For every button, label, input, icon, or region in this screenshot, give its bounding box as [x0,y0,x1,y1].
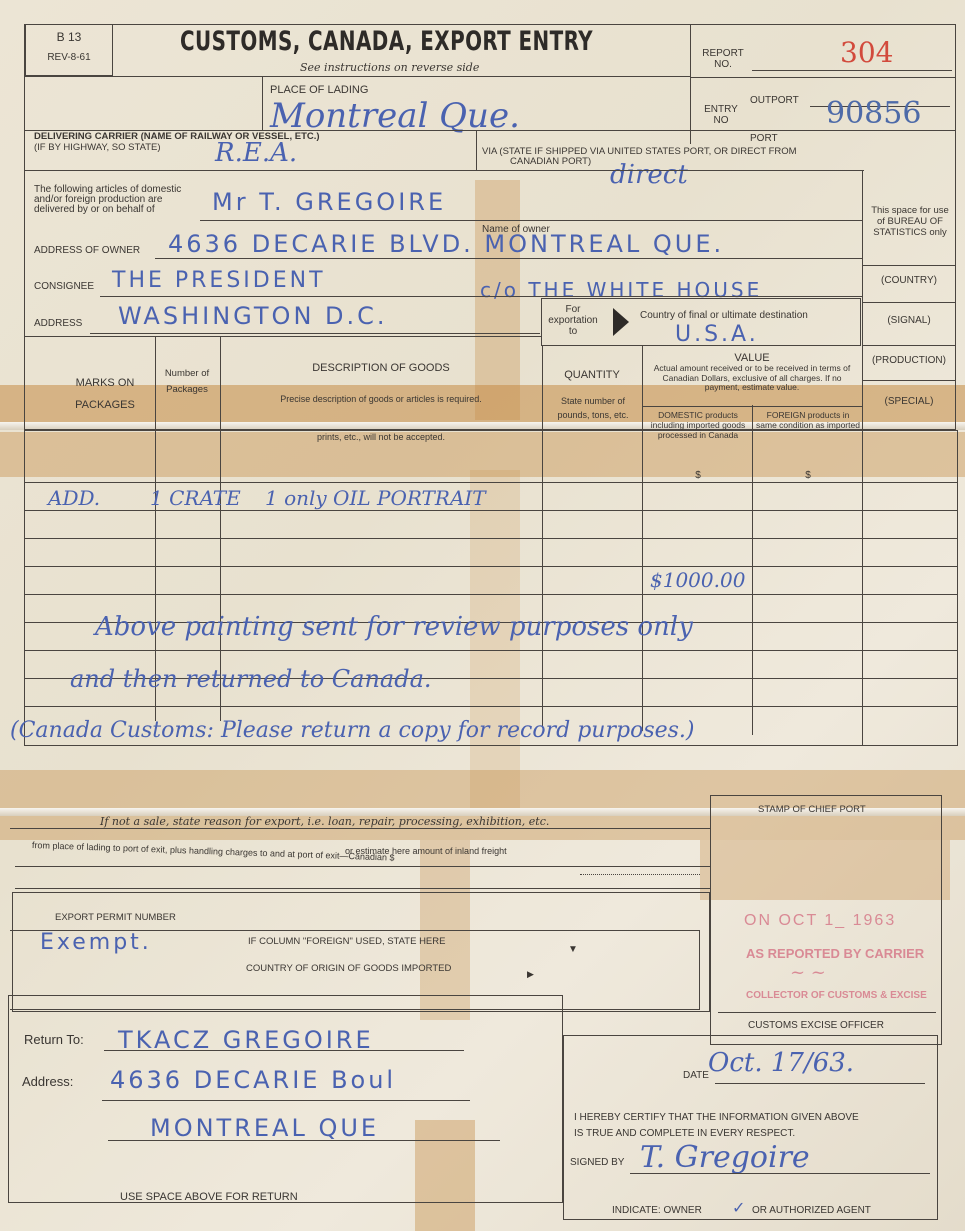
stamp-line-2: COLLECTOR OF CUSTOMS & EXCISE [746,990,927,1001]
description-header: DESCRIPTION OF GOODS [222,363,540,374]
return-to-label: Return To: [24,1034,84,1045]
foreign-header: FOREIGN products in same condition as im… [756,410,860,430]
quantity-header: QUANTITY [544,370,640,381]
row-marks: ADD. [48,486,100,510]
statistics-signal: (SIGNAL) [862,315,956,326]
consignee-label: CONSIGNEE [34,281,94,292]
return-footer: USE SPACE ABOVE FOR RETURN [120,1192,298,1203]
divider [862,170,863,430]
certify-statement-1: I HEREBY CERTIFY THAT THE INFORMATION GI… [574,1112,859,1123]
customs-officer-label: CUSTOMS EXCISE OFFICER [748,1020,884,1031]
divider [862,345,956,346]
remark-line-1: Above painting sent for review purposes … [95,612,693,642]
number-header: Number of Packages [157,366,217,398]
divider [104,1050,464,1051]
carrier-value: R.E.A. [215,138,297,168]
divider [262,76,263,130]
divider [24,76,690,77]
row-description: 1 only OIL PORTRAIT [265,486,486,510]
divider [15,888,710,889]
divider [200,220,862,221]
table-row-line [24,594,958,595]
statistics-production: (PRODUCTION) [862,355,956,366]
report-number: 304 [840,36,893,69]
stamp-signature: ~ ~ [790,962,826,983]
divider [752,70,952,71]
certify-statement-2: IS TRUE AND COMPLETE IN EVERY RESPECT. [574,1128,795,1139]
port-label: PORT [750,133,778,144]
entry-no-label: ENTRY NO [698,104,744,126]
divider [100,296,862,297]
owner-checkbox[interactable]: ✓ [732,1198,745,1217]
arrow-right-small-icon: ▶ [527,969,534,980]
signed-by-label: SIGNED BY [570,1157,624,1168]
owner-name: Mr T. GREGOIRE [212,188,446,216]
divider [862,430,863,746]
outport-label: OUTPORT [750,95,799,106]
row-domestic-value: $1000.00 [650,568,745,592]
divider [102,1100,470,1101]
divider [690,24,691,144]
place-of-lading-label: PLACE OF LADING [270,85,368,96]
return-address-label: Address: [22,1076,73,1087]
authorized-agent-label: OR AUTHORIZED AGENT [752,1205,871,1216]
date-value: Oct. 17/63. [708,1048,854,1078]
divider [24,336,542,337]
arrow-right-icon [613,308,629,336]
divider [108,1140,500,1141]
divider [862,380,956,381]
divider [630,1173,930,1174]
table-row-line [24,566,958,567]
consignee-value: THE PRESIDENT [112,268,326,293]
statistics-header: This space for use of BUREAU OF STATISTI… [866,205,954,238]
date-label: DATE [683,1070,709,1081]
divider [476,130,477,170]
divider [862,265,956,266]
via-value: direct [610,160,688,190]
remark-line-3: (Canada Customs: Please return a copy fo… [10,718,695,743]
via-label-2: CANADIAN PORT) [510,156,591,167]
stamp-line-1: AS REPORTED BY CARRIER [746,946,924,961]
divider [10,828,710,829]
entry-number: 90856 [826,96,921,131]
value-note: Actual amount received or to be received… [650,364,854,393]
description-note: Precise description of goods or articles… [222,394,540,405]
owner-address-label: ADDRESS OF OWNER [34,245,140,256]
table-row-line [24,650,958,651]
export-permit-label: EXPORT PERMIT NUMBER [55,912,176,923]
stamp-date: ON OCT 1_ 1963 [744,912,896,930]
divider [718,1012,936,1013]
goods-table [24,430,958,746]
divider [862,302,956,303]
quantity-note: State number of pounds, tons, etc. [548,394,638,422]
report-no-label: REPORT NO. [700,48,746,70]
divider [690,77,956,78]
destination-value: U.S.A. [675,322,759,347]
stamp-label: STAMP OF CHIEF PORT [758,804,866,815]
owner-address: 4636 DECARIE BLVD. MONTREAL QUE. [168,230,724,258]
statistics-country: (COUNTRY) [862,275,956,286]
marks-header: MARKS ON PACKAGES [60,372,150,416]
table-row-line [24,510,958,511]
remark-line-2: and then returned to Canada. [70,665,432,693]
carrier-label-2: (IF BY HIGHWAY, SO STATE) [34,142,161,153]
table-row-line [24,482,958,483]
divider [90,333,540,334]
divider [15,866,710,867]
for-exportation-label: For exportation to [543,304,603,337]
signature: T. Gregoire [640,1140,810,1175]
divider [642,406,862,407]
consignee-address: WASHINGTON D.C. [118,302,388,330]
indicate-owner-label: INDICATE: OWNER [612,1205,702,1216]
reason-label: If not a sale, state reason for export, … [100,816,549,827]
destination-label: Country of final or ultimate destination [640,310,808,321]
consignee-address-label: ADDRESS [34,318,82,329]
row-number: 1 CRATE [150,486,241,510]
divider [715,1083,925,1084]
divider [24,170,864,171]
arrow-down-icon: ▼ [568,944,578,955]
freight-value-line [580,874,700,875]
return-address-1: 4636 DECARIE Boul [110,1066,396,1094]
foreign-used-label: IF COLUMN "FOREIGN" USED, STATE HERE [248,936,445,947]
divider [155,258,862,259]
country-origin-label: COUNTRY OF ORIGIN OF GOODS IMPORTED [246,963,451,974]
statistics-special: (SPECIAL) [862,396,956,407]
return-address-2: MONTREAL QUE [150,1114,379,1142]
table-row-line [24,706,958,707]
table-row-line [24,538,958,539]
owner-intro-3: delivered by or on behalf of [34,204,155,215]
